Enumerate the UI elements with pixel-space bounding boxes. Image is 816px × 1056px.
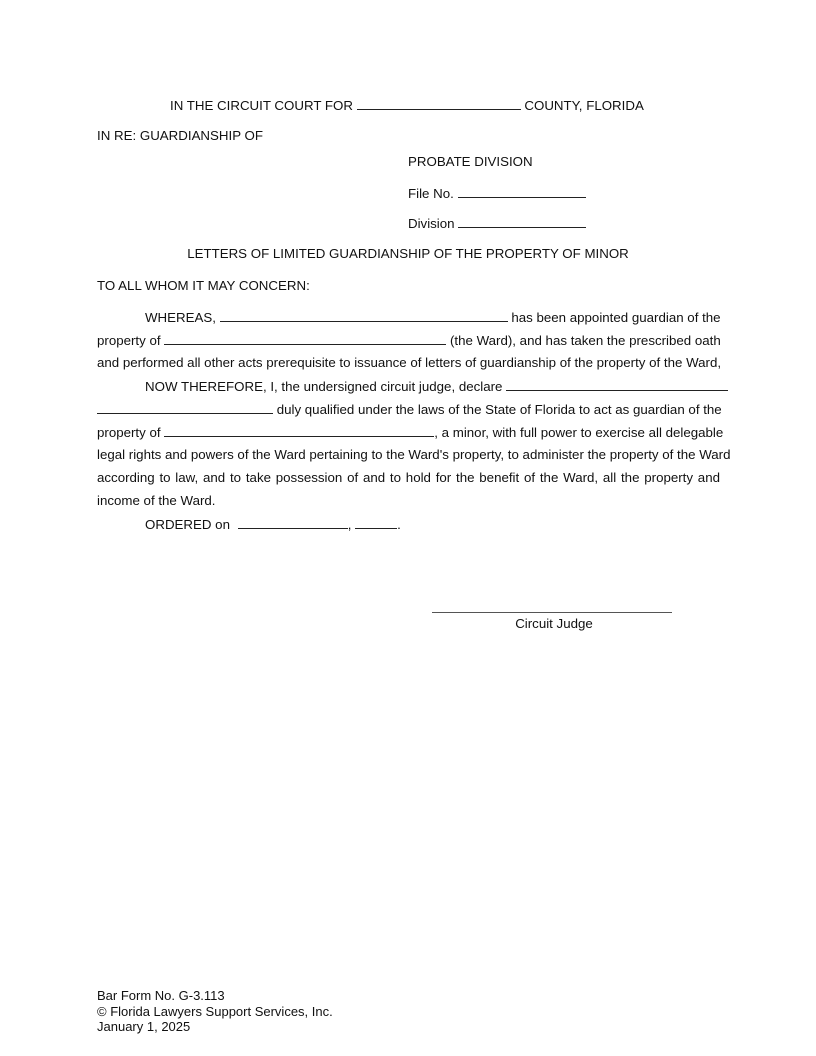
body-line-4: NOW THEREFORE, I, the undersigned circui… bbox=[145, 378, 720, 395]
body-line-2: property of (the Ward), and has taken th… bbox=[97, 332, 720, 349]
body-line-6: property of , a minor, with full power t… bbox=[97, 424, 720, 441]
whereas-text: WHEREAS, bbox=[145, 310, 216, 325]
body-line-9: income of the Ward. bbox=[97, 493, 216, 509]
file-no-field[interactable] bbox=[458, 185, 586, 198]
minor-name-field[interactable] bbox=[164, 424, 434, 437]
file-no-label: File No. bbox=[408, 186, 454, 201]
form-date: January 1, 2025 bbox=[97, 1019, 333, 1035]
form-number: Bar Form No. G-3.113 bbox=[97, 988, 333, 1004]
body-line-5: duly qualified under the laws of the Sta… bbox=[97, 401, 720, 418]
order-date-field[interactable] bbox=[238, 516, 348, 529]
court-caption: IN THE CIRCUIT COURT FOR COUNTY, FLORIDA bbox=[170, 97, 644, 114]
ward-name-field[interactable] bbox=[164, 332, 446, 345]
body-text: property of bbox=[97, 425, 161, 440]
division-row: Division bbox=[408, 215, 586, 232]
court-suffix: COUNTY, FLORIDA bbox=[524, 98, 643, 113]
body-line-7: legal rights and powers of the Ward pert… bbox=[97, 447, 720, 463]
declared-guardian-field-cont[interactable] bbox=[97, 401, 273, 414]
body-text: , a minor, with full power to exercise a… bbox=[434, 425, 723, 440]
ordered-text: ORDERED on bbox=[145, 517, 230, 532]
body-line-1: WHEREAS, has been appointed guardian of … bbox=[145, 309, 720, 326]
file-no-row: File No. bbox=[408, 185, 586, 202]
court-prefix: IN THE CIRCUIT COURT FOR bbox=[170, 98, 353, 113]
body-text: has been appointed guardian of the bbox=[511, 310, 720, 325]
body-text: duly qualified under the laws of the Sta… bbox=[277, 402, 722, 417]
document-title: LETTERS OF LIMITED GUARDIANSHIP OF THE P… bbox=[0, 246, 816, 262]
footer: Bar Form No. G-3.113 © Florida Lawyers S… bbox=[97, 988, 333, 1035]
period: . bbox=[397, 517, 401, 532]
county-field[interactable] bbox=[357, 97, 521, 110]
body-line-3: and performed all other acts prerequisit… bbox=[97, 355, 721, 371]
signature-line[interactable] bbox=[432, 612, 672, 613]
signature-label: Circuit Judge bbox=[432, 616, 676, 632]
declared-guardian-field[interactable] bbox=[506, 378, 728, 391]
copyright: © Florida Lawyers Support Services, Inc. bbox=[97, 1004, 333, 1020]
division-field[interactable] bbox=[458, 215, 586, 228]
body-text: property of bbox=[97, 333, 161, 348]
order-year-field[interactable] bbox=[355, 516, 397, 529]
comma: , bbox=[348, 517, 352, 532]
in-re-label: IN RE: GUARDIANSHIP OF bbox=[97, 128, 263, 144]
ordered-line: ORDERED on , . bbox=[145, 516, 401, 533]
body-text: NOW THEREFORE, I, the undersigned circui… bbox=[145, 379, 502, 394]
guardian-name-field[interactable] bbox=[220, 309, 508, 322]
body-text: (the Ward), and has taken the prescribed… bbox=[450, 333, 721, 348]
division-label: Division bbox=[408, 216, 455, 231]
salutation: TO ALL WHOM IT MAY CONCERN: bbox=[97, 278, 310, 294]
body-line-8: according to law, and to take possession… bbox=[97, 470, 720, 486]
probate-division-label: PROBATE DIVISION bbox=[408, 154, 533, 170]
